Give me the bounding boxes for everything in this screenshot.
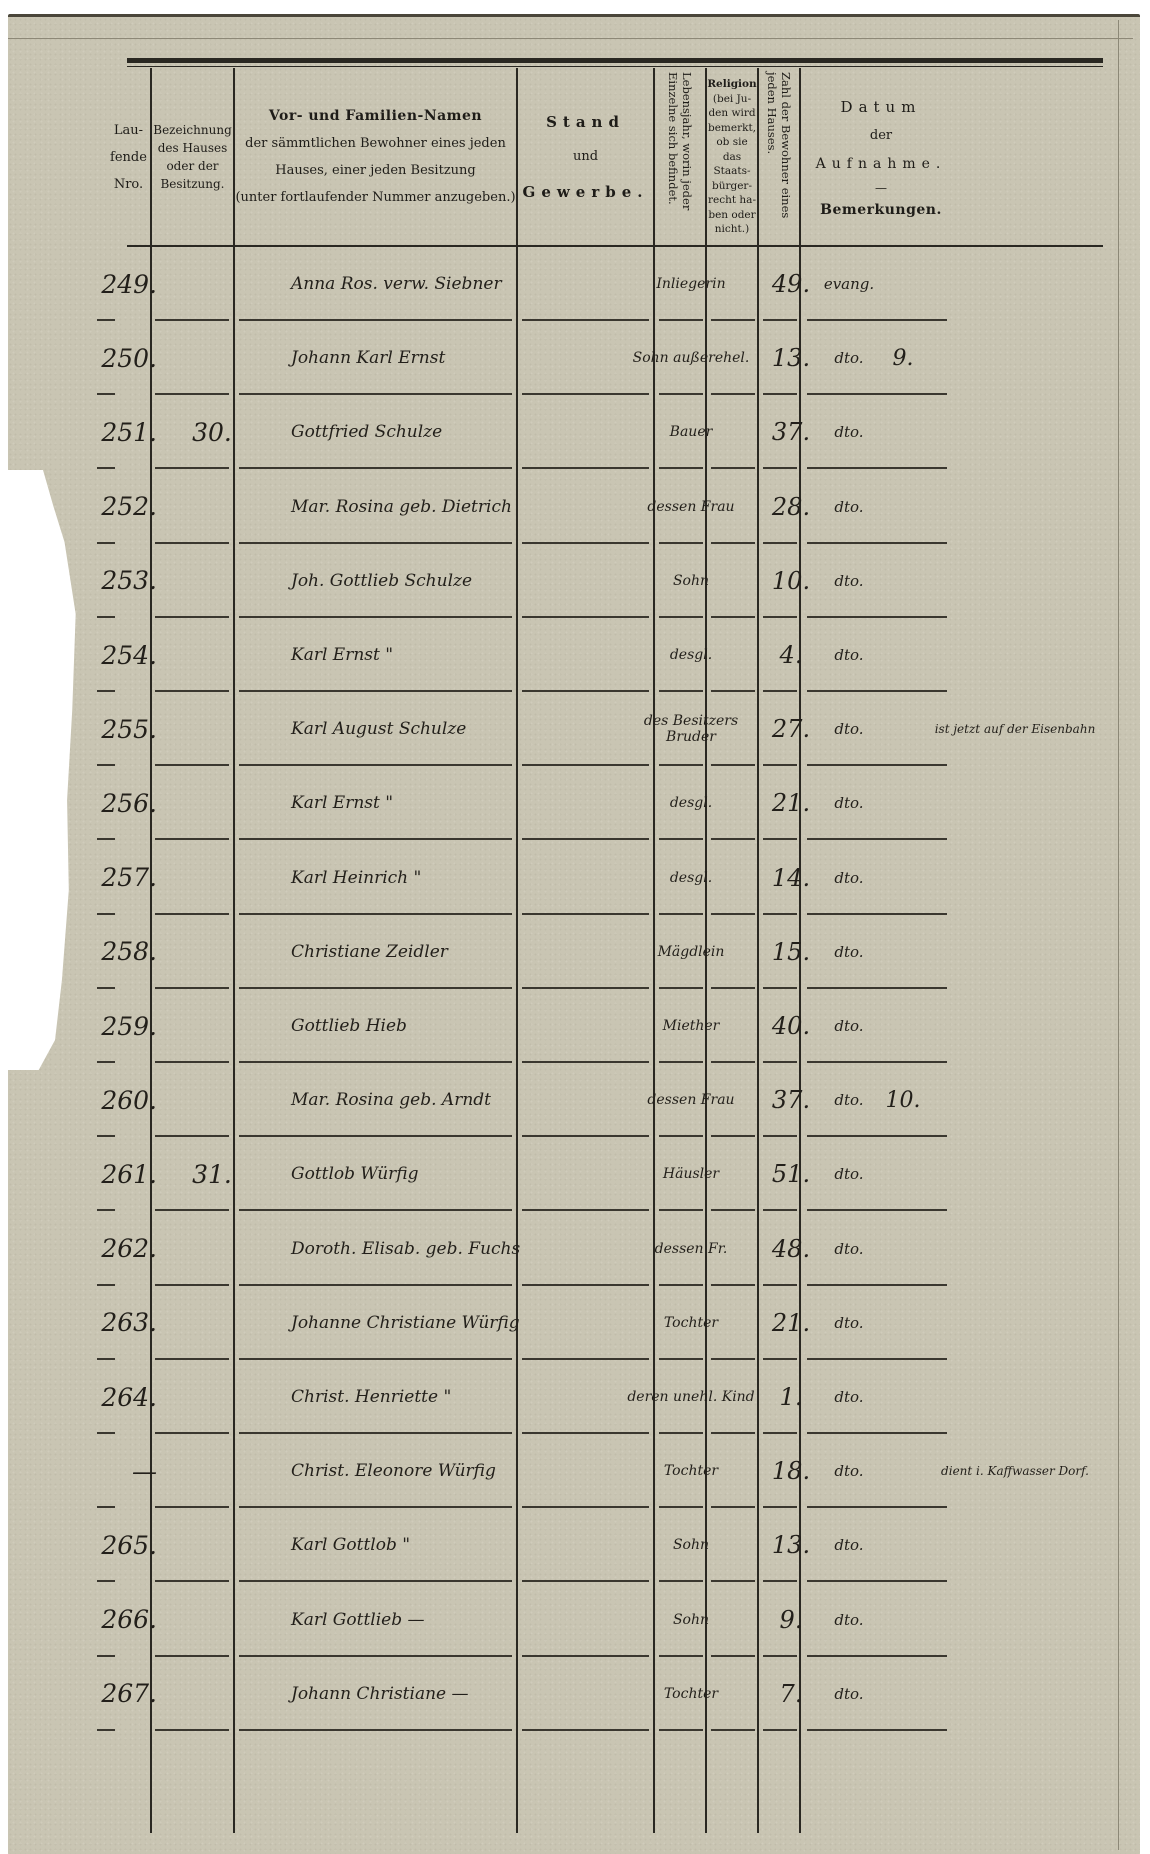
remarks-cell: [927, 1368, 1103, 1426]
row-divider: [97, 1506, 115, 1508]
remarks-cell: [927, 478, 1103, 536]
row-divider: [97, 1432, 115, 1434]
remarks-cell: [927, 923, 1103, 981]
age-cell: 10.: [767, 552, 815, 610]
header-text: Gewerbe.: [523, 172, 649, 212]
religion-cell: dto.: [817, 700, 881, 758]
religion-cell: dto.: [817, 1294, 881, 1352]
entry-number-cell: 250.: [97, 329, 157, 387]
table-row: 262.Doroth. Elisab. geb. Fuchsdessen Fr.…: [127, 1212, 1103, 1286]
row-divider: [239, 1729, 512, 1731]
resident-name-cell: Joh. Gottlieb Schulze: [287, 552, 621, 610]
header-bezeichnung-hauses: Bezeichnung des Hauses oder der Besitzun…: [152, 72, 233, 242]
header-text: oder der: [166, 157, 218, 175]
header-text: ob sie das: [707, 135, 757, 164]
remarks-cell: dient i. Kaffwasser Dorf.: [927, 1442, 1103, 1500]
row-divider: [97, 764, 115, 766]
house-number-cell: [167, 1665, 257, 1723]
header-text: bemerkt,: [708, 121, 756, 136]
header-text: der sämmtlichen Bewohner eines jeden: [245, 130, 506, 157]
occupation-cell: Tochter: [617, 1294, 765, 1352]
row-divider: [97, 467, 115, 469]
house-number-cell: [167, 1516, 257, 1574]
age-cell: 37.: [767, 1071, 815, 1129]
age-cell: 15.: [767, 923, 815, 981]
religion-cell: dto.: [817, 329, 881, 387]
occupation-cell: desgl.: [617, 849, 765, 907]
row-divider: [97, 616, 115, 618]
occupation-cell: Bauer: [617, 403, 765, 461]
occupation-cell: Miether: [617, 997, 765, 1055]
age-cell: 37.: [767, 403, 815, 461]
religion-cell: dto.: [817, 478, 881, 536]
house-number-cell: [167, 774, 257, 832]
table-row: 249.Anna Ros. verw. SiebnerInliegerin49.…: [127, 247, 1103, 321]
header-text: Stand: [546, 102, 625, 142]
remarks-cell: [927, 1071, 1103, 1129]
entry-number-cell: 259.: [97, 997, 157, 1055]
resident-name-cell: Karl Gottlieb —: [287, 1591, 621, 1649]
row-divider: [807, 1729, 947, 1731]
row-divider: [97, 1358, 115, 1360]
entry-number-cell: 264.: [97, 1368, 157, 1426]
header-text: Besitzung.: [160, 175, 224, 193]
row-divider: [97, 690, 115, 692]
religion-cell: dto.: [817, 1220, 881, 1278]
house-number-cell: 30.: [167, 403, 257, 461]
house-number-cell: 31.: [167, 1145, 257, 1203]
header-text: Bemerkungen.: [820, 197, 942, 223]
household-count-cell: [883, 700, 923, 758]
entry-number-cell: 261.: [97, 1145, 157, 1203]
remarks-cell: [927, 1294, 1103, 1352]
religion-cell: dto.: [817, 552, 881, 610]
entry-number-cell: 253.: [97, 552, 157, 610]
household-count-cell: [883, 1220, 923, 1278]
house-number-cell: [167, 1294, 257, 1352]
page-fold-line: [8, 38, 1133, 39]
entry-number-cell: 256.: [97, 774, 157, 832]
header-namen: Vor- und Familien-Namen der sämmtlichen …: [235, 72, 516, 242]
age-cell: 21.: [767, 1294, 815, 1352]
resident-name-cell: Mar. Rosina geb. Dietrich: [287, 478, 621, 536]
entry-number-cell: 266.: [97, 1591, 157, 1649]
table-top-rule-thin: [127, 66, 1103, 67]
resident-name-cell: Christiane Zeidler: [287, 923, 621, 981]
age-cell: 13.: [767, 1516, 815, 1574]
age-cell: 40.: [767, 997, 815, 1055]
household-count-cell: [883, 1294, 923, 1352]
household-count-cell: [883, 1442, 923, 1500]
table-row: 258.Christiane ZeidlerMägdlein15.dto.: [127, 915, 1103, 989]
table-row: 252.Mar. Rosina geb. Dietrichdessen Frau…: [127, 470, 1103, 544]
resident-name-cell: Karl Gottlob ": [287, 1516, 621, 1574]
remarks-cell: [927, 774, 1103, 832]
table-row: 260.Mar. Rosina geb. Arndtdessen Frau37.…: [127, 1063, 1103, 1137]
occupation-cell: desgl.: [617, 626, 765, 684]
row-divider: [522, 1729, 649, 1731]
remarks-cell: [927, 1591, 1103, 1649]
remarks-cell: [927, 552, 1103, 610]
religion-cell: dto.: [817, 997, 881, 1055]
house-number-cell: [167, 700, 257, 758]
age-cell: 49.: [767, 255, 815, 313]
household-count-cell: [883, 1368, 923, 1426]
header-text: Lebensjahr, worin jeder Einzelne sich be…: [666, 72, 694, 242]
table-row: 254.Karl Ernst "desgl.4.dto.: [127, 618, 1103, 692]
header-text: Datum: [841, 92, 922, 122]
entry-number-cell: 265.: [97, 1516, 157, 1574]
entry-number-cell: 257.: [97, 849, 157, 907]
religion-cell: evang.: [817, 255, 881, 313]
row-divider: [97, 319, 115, 321]
remarks-cell: [927, 1516, 1103, 1574]
household-count-cell: [883, 552, 923, 610]
header-text: recht ha-: [708, 193, 756, 208]
entry-number-cell: 263.: [97, 1294, 157, 1352]
row-divider: [97, 838, 115, 840]
header-text: Lau-: [114, 117, 143, 144]
age-cell: 21.: [767, 774, 815, 832]
age-cell: 48.: [767, 1220, 815, 1278]
table-row: 265.Karl Gottlob "Sohn13.dto.: [127, 1508, 1103, 1582]
header-text: Aufnahme.: [816, 149, 947, 179]
entry-number-cell: —: [97, 1442, 157, 1500]
age-cell: 4.: [767, 626, 815, 684]
religion-cell: dto.: [817, 1591, 881, 1649]
resident-name-cell: Karl Ernst ": [287, 774, 621, 832]
household-count-cell: [883, 478, 923, 536]
resident-name-cell: Karl Ernst ": [287, 626, 621, 684]
resident-name-cell: Gottlob Würfig: [287, 1145, 621, 1203]
age-cell: 51.: [767, 1145, 815, 1203]
header-text: (bei Ju-: [713, 92, 751, 107]
house-number-cell: [167, 1442, 257, 1500]
table-row: 256.Karl Ernst "desgl.21.dto.: [127, 766, 1103, 840]
row-divider: [97, 1729, 115, 1731]
age-cell: 9.: [767, 1591, 815, 1649]
census-table: Lau- fende Nro. Bezeichnung des Hauses o…: [127, 58, 1103, 1833]
remarks-cell: [927, 626, 1103, 684]
entry-number-cell: 262.: [97, 1220, 157, 1278]
header-text: des Hauses: [158, 139, 228, 157]
header-religion: Religion (bei Ju- den wird bemerkt, ob s…: [707, 72, 757, 242]
header-text: fende: [110, 144, 147, 171]
resident-name-cell: Johann Karl Ernst: [287, 329, 621, 387]
household-count-cell: [883, 923, 923, 981]
header-laufende-nr: Lau- fende Nro.: [107, 72, 150, 242]
header-text: nicht.): [715, 222, 749, 237]
header-datum-bemerkungen: Datum der Aufnahme. — Bemerkungen.: [801, 72, 961, 242]
household-count-cell: [883, 255, 923, 313]
occupation-cell: Sohn: [617, 1591, 765, 1649]
header-text: Staats-: [713, 164, 750, 179]
house-number-cell: [167, 626, 257, 684]
household-count-cell: [883, 1145, 923, 1203]
table-row: 259.Gottlieb HiebMiether40.dto.: [127, 989, 1103, 1063]
remarks-cell: [927, 329, 1103, 387]
religion-cell: dto.: [817, 1071, 881, 1129]
resident-name-cell: Johanne Christiane Würfig: [287, 1294, 621, 1352]
row-divider: [155, 1729, 229, 1731]
remarks-cell: [927, 1145, 1103, 1203]
row-divider: [97, 1655, 115, 1657]
row-divider: [659, 1729, 703, 1731]
resident-name-cell: Anna Ros. verw. Siebner: [287, 255, 621, 313]
house-number-cell: [167, 1591, 257, 1649]
occupation-cell: deren unehl. Kind: [617, 1368, 765, 1426]
religion-cell: dto.: [817, 626, 881, 684]
entry-number-cell: 251.: [97, 403, 157, 461]
header-text: Religion: [707, 77, 756, 92]
household-count-cell: 9.: [883, 329, 923, 387]
house-number-cell: [167, 849, 257, 907]
occupation-cell: Sohn: [617, 1516, 765, 1574]
house-number-cell: [167, 1071, 257, 1129]
entry-number-cell: 249.: [97, 255, 157, 313]
religion-cell: dto.: [817, 1665, 881, 1723]
remarks-cell: [927, 255, 1103, 313]
header-stand-gewerbe: Stand und Gewerbe.: [518, 72, 653, 242]
table-row: 257.Karl Heinrich "desgl.14.dto.: [127, 841, 1103, 915]
row-divider: [763, 1729, 797, 1731]
occupation-cell: Häusler: [617, 1145, 765, 1203]
page-right-edge: [1118, 20, 1119, 1850]
household-count-cell: [883, 774, 923, 832]
table-row: —Christ. Eleonore WürfigTochter18.dto.di…: [127, 1434, 1103, 1508]
occupation-cell: Sohn: [617, 552, 765, 610]
table-row: 253.Joh. Gottlieb SchulzeSohn10.dto.: [127, 544, 1103, 618]
house-number-cell: [167, 1368, 257, 1426]
religion-cell: dto.: [817, 1368, 881, 1426]
occupation-cell: dessen Frau: [617, 478, 765, 536]
remarks-cell: [927, 1665, 1103, 1723]
row-divider: [97, 1284, 115, 1286]
household-count-cell: [883, 626, 923, 684]
header-text: Zahl der Bewohner eines jeden Hauses.: [765, 72, 793, 242]
house-number-cell: [167, 552, 257, 610]
resident-name-cell: Karl Heinrich ": [287, 849, 621, 907]
header-text: den wird: [708, 106, 755, 121]
religion-cell: dto.: [817, 403, 881, 461]
entry-number-cell: 252.: [97, 478, 157, 536]
occupation-cell: Tochter: [617, 1665, 765, 1723]
header-zahl-bewohner: Zahl der Bewohner eines jeden Hauses.: [759, 72, 799, 242]
table-row: 261.31.Gottlob WürfigHäusler51.dto.: [127, 1137, 1103, 1211]
resident-name-cell: Gottlieb Hieb: [287, 997, 621, 1055]
table-row: 255.Karl August Schulzedes Besitzers Bru…: [127, 692, 1103, 766]
house-number-cell: [167, 997, 257, 1055]
remarks-cell: [927, 997, 1103, 1055]
occupation-cell: Inliegerin: [617, 255, 765, 313]
religion-cell: dto.: [817, 1442, 881, 1500]
row-divider: [97, 393, 115, 395]
entry-number-cell: 260.: [97, 1071, 157, 1129]
resident-name-cell: Gottfried Schulze: [287, 403, 621, 461]
header-text: Bezeichnung: [153, 121, 232, 139]
row-divider: [97, 542, 115, 544]
age-cell: 13.: [767, 329, 815, 387]
header-text: der: [870, 122, 892, 149]
household-count-cell: [883, 849, 923, 907]
header-text: —: [875, 179, 887, 197]
resident-name-cell: Christ. Eleonore Würfig: [287, 1442, 621, 1500]
remarks-cell: [927, 1220, 1103, 1278]
table-row: 263.Johanne Christiane WürfigTochter21.d…: [127, 1286, 1103, 1360]
row-divider: [97, 1135, 115, 1137]
entry-number-cell: 255.: [97, 700, 157, 758]
header-text: Hauses, einer jeden Besitzung: [275, 157, 475, 184]
entry-number-cell: 258.: [97, 923, 157, 981]
house-number-cell: [167, 329, 257, 387]
religion-cell: dto.: [817, 1516, 881, 1574]
header-text: (unter fortlaufender Nummer anzugeben.): [235, 184, 515, 211]
age-cell: 14.: [767, 849, 815, 907]
header-lebensjahr: Lebensjahr, worin jeder Einzelne sich be…: [655, 72, 705, 242]
table-top-rule: [127, 58, 1103, 63]
resident-name-cell: Christ. Henriette ": [287, 1368, 621, 1426]
entry-number-cell: 267.: [97, 1665, 157, 1723]
age-cell: 18.: [767, 1442, 815, 1500]
house-number-cell: [167, 478, 257, 536]
header-text: ben oder: [708, 208, 755, 223]
religion-cell: dto.: [817, 923, 881, 981]
table-row: 267.Johann Christiane —Tochter7.dto.: [127, 1657, 1103, 1731]
household-count-cell: [883, 1591, 923, 1649]
house-number-cell: [167, 1220, 257, 1278]
occupation-cell: des Besitzers Bruder: [617, 700, 765, 758]
entry-number-cell: 254.: [97, 626, 157, 684]
household-count-cell: [883, 403, 923, 461]
household-count-cell: [883, 1665, 923, 1723]
header-text: bürger-: [712, 179, 752, 194]
religion-cell: dto.: [817, 1145, 881, 1203]
household-count-cell: [883, 1516, 923, 1574]
table-row: 250.Johann Karl ErnstSohn außerehel.13.d…: [127, 321, 1103, 395]
table-row: 266.Karl Gottlieb —Sohn9.dto.: [127, 1583, 1103, 1657]
header-text: Nro.: [114, 171, 143, 198]
resident-name-cell: Doroth. Elisab. geb. Fuchs: [287, 1220, 621, 1278]
resident-name-cell: Mar. Rosina geb. Arndt: [287, 1071, 621, 1129]
row-divider: [97, 913, 115, 915]
occupation-cell: dessen Frau: [617, 1071, 765, 1129]
religion-cell: dto.: [817, 849, 881, 907]
occupation-cell: Sohn außerehel.: [617, 329, 765, 387]
row-divider: [97, 1580, 115, 1582]
occupation-cell: Mägdlein: [617, 923, 765, 981]
household-count-cell: [883, 997, 923, 1055]
header-text: und: [573, 142, 598, 172]
row-divider: [97, 1061, 115, 1063]
header-text: Vor- und Familien-Namen: [269, 103, 482, 130]
remarks-cell: [927, 403, 1103, 461]
remarks-cell: [927, 849, 1103, 907]
table-row: 264.Christ. Henriette "deren unehl. Kind…: [127, 1360, 1103, 1434]
household-count-cell: 10.: [883, 1071, 923, 1129]
occupation-cell: Tochter: [617, 1442, 765, 1500]
age-cell: 1.: [767, 1368, 815, 1426]
row-divider: [97, 987, 115, 989]
house-number-cell: [167, 923, 257, 981]
resident-name-cell: Johann Christiane —: [287, 1665, 621, 1723]
age-cell: 27.: [767, 700, 815, 758]
occupation-cell: dessen Fr.: [617, 1220, 765, 1278]
house-number-cell: [167, 255, 257, 313]
row-divider: [97, 1209, 115, 1211]
row-divider: [711, 1729, 755, 1731]
resident-name-cell: Karl August Schulze: [287, 700, 621, 758]
age-cell: 7.: [767, 1665, 815, 1723]
remarks-cell: ist jetzt auf der Eisenbahn: [927, 700, 1103, 758]
occupation-cell: desgl.: [617, 774, 765, 832]
religion-cell: dto.: [817, 774, 881, 832]
age-cell: 28.: [767, 478, 815, 536]
table-row: 251.30.Gottfried SchulzeBauer37.dto.: [127, 395, 1103, 469]
